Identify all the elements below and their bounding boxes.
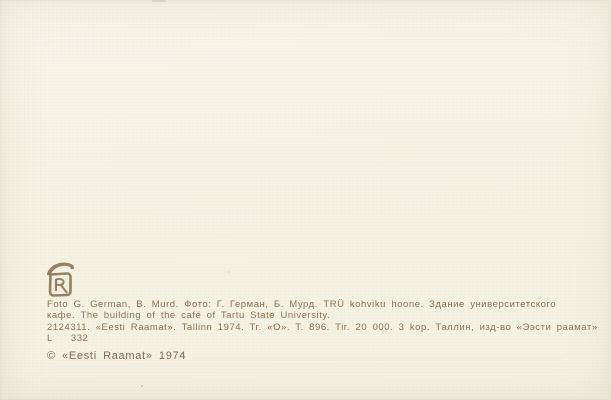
- imprint-text-block: Foto G. German, B. Murd. Фото: Г. Герман…: [47, 299, 577, 363]
- eesti-raamat-publisher-logo-icon: [44, 260, 78, 298]
- print-info-line: 2124311. «Eesti Raamat». Tallinn 1974. T…: [47, 322, 577, 333]
- scan-artifact: [228, 271, 230, 273]
- credits-line-2: кафе. The building of the café of Tartu …: [47, 310, 577, 321]
- scan-artifact: [152, 0, 166, 2]
- credits-line-1: Foto G. German, B. Murd. Фото: Г. Герман…: [47, 299, 577, 310]
- catalog-code-line: L 332: [47, 333, 577, 344]
- postcard-back: Foto G. German, B. Murd. Фото: Г. Герман…: [0, 0, 611, 400]
- scan-artifact: [141, 385, 143, 387]
- copyright-line: © «Eesti Raamat» 1974: [47, 350, 577, 363]
